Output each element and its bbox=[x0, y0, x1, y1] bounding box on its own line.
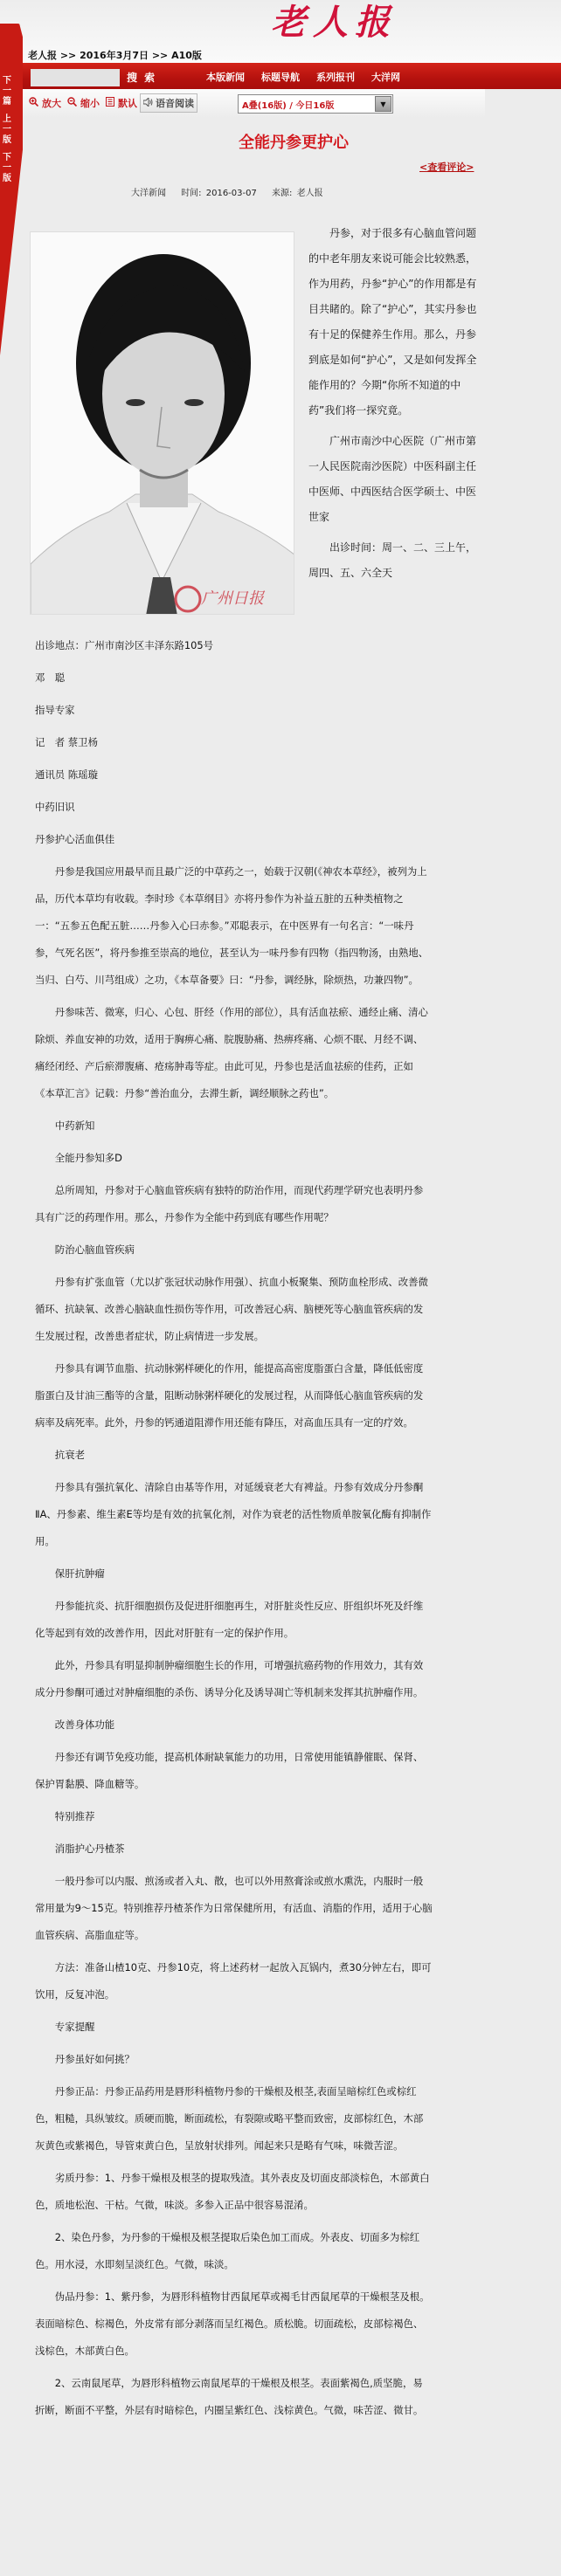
body-paragraph: 方法：准备山楂10克、丹参10克，将上述药材一起放入瓦锅内，煮30分钟左右，即可… bbox=[35, 1954, 433, 2008]
body-paragraph: 指导专家 bbox=[35, 697, 433, 724]
body-paragraph: 丹参是我国应用最早而且最广泛的中草药之一，始载于汉朝(《神农本草经》，被列为上品… bbox=[35, 858, 433, 994]
body-paragraph: 丹参正品：丹参正品药用是唇形科植物丹参的干燥根及根茎,表面呈暗棕红色或棕红色，粗… bbox=[35, 2078, 433, 2159]
article-title: 全能丹参更护心 bbox=[0, 130, 561, 153]
body-paragraph: 全能丹参知多D bbox=[35, 1145, 433, 1172]
search-button[interactable]: 搜 索 bbox=[127, 70, 156, 85]
zoom-in-button[interactable]: 放大 bbox=[29, 96, 61, 110]
meta-time: 时间: 2016-03-07 bbox=[181, 189, 257, 198]
zoom-in-icon bbox=[29, 97, 38, 109]
speaker-icon bbox=[143, 98, 153, 109]
body-paragraph: 改善身体功能 bbox=[35, 1712, 433, 1739]
view-comments-link[interactable]: <查看评论> bbox=[419, 160, 474, 174]
body-paragraph: 丹参有扩张血管（尤以扩张冠状动脉作用强）、抗血小板聚集、预防血栓形成、改善微循环… bbox=[35, 1269, 433, 1350]
nav-link-headline-nav[interactable]: 标题导航 bbox=[261, 70, 300, 84]
intro-text: 丹参，对于很多有心脑血管问题的中老年朋友来说可能会比较熟悉，作为用药，丹参“护心… bbox=[308, 221, 485, 591]
body-paragraph: 一般丹参可以内服、煎汤或者入丸、散，也可以外用熬膏涂或煎水熏洗，内服时一般常用量… bbox=[35, 1868, 433, 1949]
article-meta: 大洋新闻 时间: 2016-03-07 来源: 老人报 bbox=[131, 185, 334, 198]
body-paragraph: 丹参护心活血俱佳 bbox=[35, 826, 433, 853]
body-paragraph: 中药旧识 bbox=[35, 794, 433, 821]
breadcrumb: 老人报 >> 2016年3月7日 >> A10版 bbox=[28, 48, 202, 62]
chevron-down-icon[interactable]: ▼ bbox=[375, 96, 391, 112]
voice-read-label: 语音阅读 bbox=[156, 96, 194, 110]
next-page-link[interactable]: 下一版 bbox=[2, 153, 12, 184]
body-paragraph: 丹参具有调节血脂、抗动脉粥样硬化的作用，能提高高密度脂蛋白含量，降低低密度脂蛋白… bbox=[35, 1355, 433, 1436]
zoom-out-icon bbox=[67, 97, 77, 109]
body-paragraph: 通讯员 陈瑶璇 bbox=[35, 761, 433, 789]
body-paragraph: 总所周知，丹参对于心脑血管疾病有独特的防治作用，而现代药理学研究也表明丹参具有广… bbox=[35, 1177, 433, 1231]
body-paragraph: 劣质丹参：1、丹参干燥根及根茎的提取残渣。其外表皮及切面皮部淡棕色，木部黄白色，… bbox=[35, 2165, 433, 2219]
nav-link-series-papers[interactable]: 系列报刊 bbox=[316, 70, 355, 84]
zoom-out-button[interactable]: 缩小 bbox=[67, 96, 100, 110]
edition-selected-value: A叠(16版) / 今日16版 bbox=[239, 98, 375, 111]
default-size-button[interactable]: 默认 bbox=[106, 96, 137, 110]
document-icon bbox=[106, 97, 114, 109]
expert-affiliation: 广州市南沙中心医院（广州市第一人民医院南沙医院）中医科副主任中医师、中西医结合医… bbox=[308, 429, 485, 530]
body-paragraph: 丹参还有调节免疫功能，提高机体耐缺氧能力的功用，日常使用能镇静催眠、保肾、保护胃… bbox=[35, 1744, 433, 1798]
svg-text:广州日报: 广州日报 bbox=[201, 589, 266, 608]
body-paragraph: 丹参虽好如何挑？ bbox=[35, 2046, 433, 2073]
body-paragraph: 出诊地点：广州市南沙区丰泽东路105号 bbox=[35, 632, 433, 659]
nav-link-dayoo[interactable]: 大洋网 bbox=[371, 70, 400, 84]
body-paragraph: 记 者 蔡卫杨 bbox=[35, 729, 433, 756]
newspaper-logo[interactable]: 老人报 bbox=[271, 0, 411, 45]
body-paragraph: 丹参能抗炎、抗肝细胞损伤及促进肝细胞再生，对肝脏炎性反应、肝组织坏死及纤维化等起… bbox=[35, 1593, 433, 1647]
body-paragraph: 保肝抗肿瘤 bbox=[35, 1560, 433, 1588]
body-paragraph: 消脂护心丹楂茶 bbox=[35, 1836, 433, 1863]
nav-links: 本版新闻 标题导航 系列报刊 大洋网 bbox=[206, 70, 400, 84]
next-article-link[interactable]: 下一篇 bbox=[2, 76, 12, 107]
body-paragraph: 专家提醒 bbox=[35, 2014, 433, 2041]
body-paragraph: 丹参具有强抗氧化、清除自由基等作用，对延缓衰老大有裨益。丹参有效成分丹参酮ⅡA、… bbox=[35, 1474, 433, 1555]
body-paragraph: 抗衰老 bbox=[35, 1442, 433, 1469]
meta-source-site: 大洋新闻 bbox=[131, 189, 166, 198]
expert-photo: 广州日报 bbox=[30, 231, 294, 615]
edition-select[interactable]: A叠(16版) / 今日16版 ▼ bbox=[238, 94, 393, 114]
body-paragraph: 中药新知 bbox=[35, 1112, 433, 1140]
nav-link-page-news[interactable]: 本版新闻 bbox=[206, 70, 245, 84]
zoom-out-label: 缩小 bbox=[80, 96, 100, 110]
body-paragraph: 此外，丹参具有明显抑制肿瘤细胞生长的作用，可增强抗癌药物的作用效力，其有效成分丹… bbox=[35, 1652, 433, 1706]
body-paragraph: 邓 聪 bbox=[35, 665, 433, 692]
zoom-in-label: 放大 bbox=[42, 96, 61, 110]
intro-paragraph: 丹参，对于很多有心脑血管问题的中老年朋友来说可能会比较熟悉，作为用药，丹参“护心… bbox=[308, 221, 485, 424]
body-paragraph: 2、染色丹参，为丹参的干燥根及根茎提取后染色加工而成。外表皮、切面多为棕红色。用… bbox=[35, 2224, 433, 2278]
voice-read-button[interactable]: 语音阅读 bbox=[140, 93, 197, 113]
body-paragraph: 特别推荐 bbox=[35, 1803, 433, 1830]
clinic-hours: 出诊时间：周一、二、三上午，周四、五、六全天 bbox=[308, 535, 485, 586]
default-size-label: 默认 bbox=[118, 96, 137, 110]
meta-origin: 来源: 老人报 bbox=[272, 189, 323, 198]
body-paragraph: 丹参味苦、微寒，归心、心包、肝经（作用的部位），具有活血祛瘀、通经止痛、清心除烦… bbox=[35, 999, 433, 1107]
body-paragraph: 2、云南鼠尾草，为唇形科植物云南鼠尾草的干燥根及根茎。表面紫褐色,质坚脆，易折断… bbox=[35, 2370, 433, 2424]
article-body: 出诊地点：广州市南沙区丰泽东路105号邓 聪指导专家记 者 蔡卫杨通讯员 陈瑶璇… bbox=[35, 632, 433, 2429]
body-paragraph: 伪品丹参：1、紫丹参，为唇形科植物甘西鼠尾草或褐毛甘西鼠尾草的干燥根茎及根。表面… bbox=[35, 2283, 433, 2365]
search-input[interactable] bbox=[31, 69, 120, 86]
body-paragraph: 防治心脑血管疾病 bbox=[35, 1236, 433, 1264]
